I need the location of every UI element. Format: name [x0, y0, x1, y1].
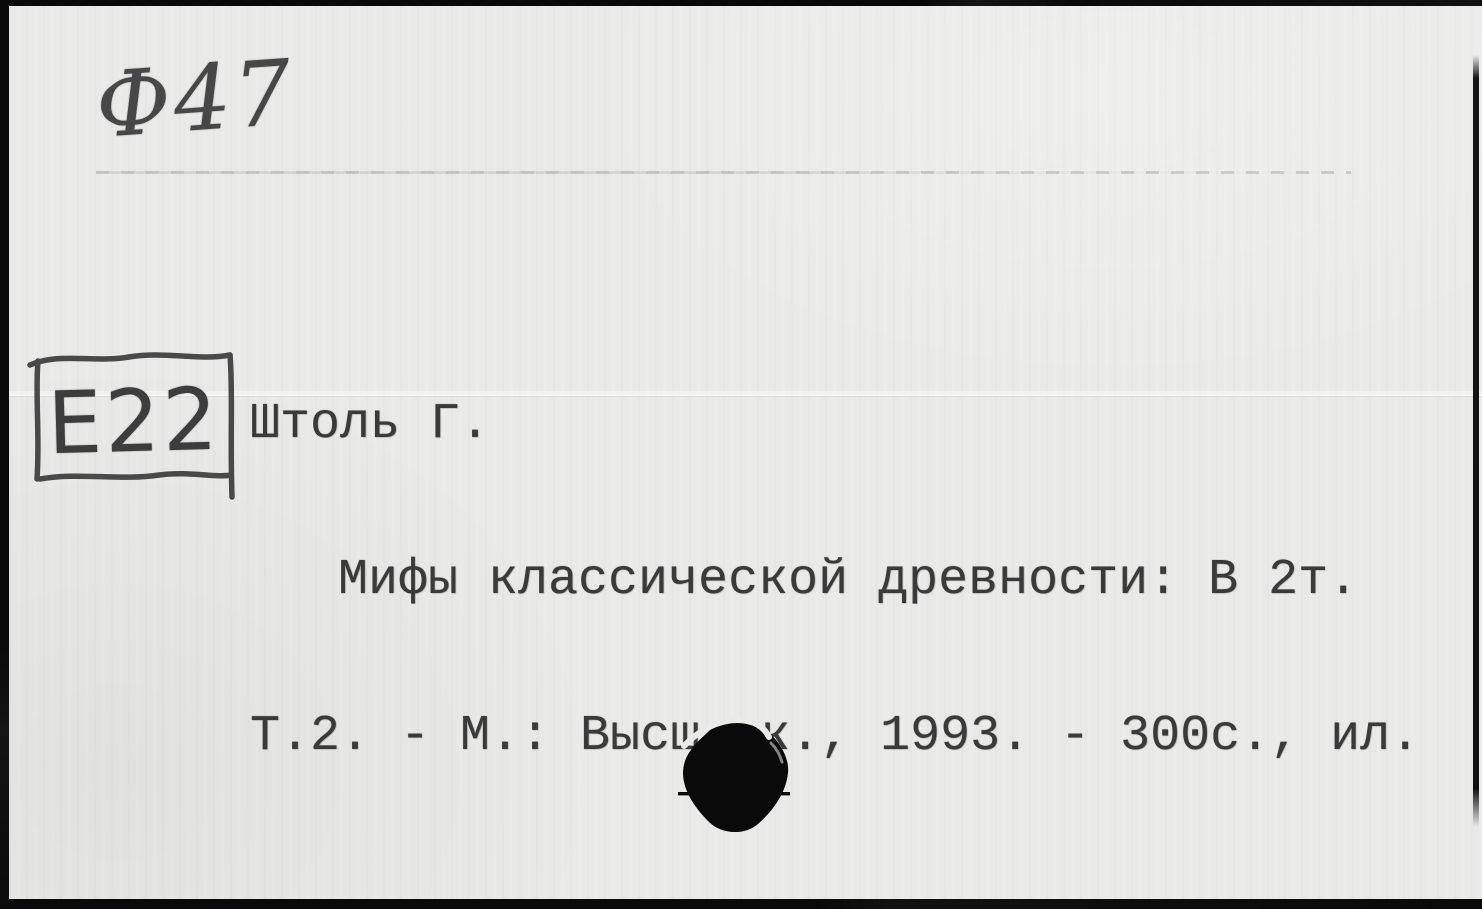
scan-edge-right: [1473, 55, 1479, 827]
scanned-catalog-card: Ф47 Е22 Штоль Г. Мифы классической древн…: [0, 0, 1482, 909]
call-number: Е22: [34, 355, 233, 488]
imprint-line: Т.2. - М.: Высш.шк., 1993. - 300с., ил.: [250, 711, 1420, 763]
handwritten-class-mark: Ф47: [93, 43, 298, 157]
title-line: Мифы классической древности: В 2т.: [338, 555, 1420, 607]
catalog-entry: Штоль Г. Мифы классической древности: В …: [250, 295, 1420, 867]
scan-edge-bottom: [0, 899, 1482, 909]
scan-edge-left: [0, 0, 9, 909]
scan-edge-top: [0, 0, 1482, 6]
ink-blot: [668, 710, 804, 844]
call-number-box: Е22: [24, 344, 248, 508]
scan-artifact-dashed-line: [96, 171, 1351, 174]
author-line: Штоль Г.: [250, 399, 1420, 451]
